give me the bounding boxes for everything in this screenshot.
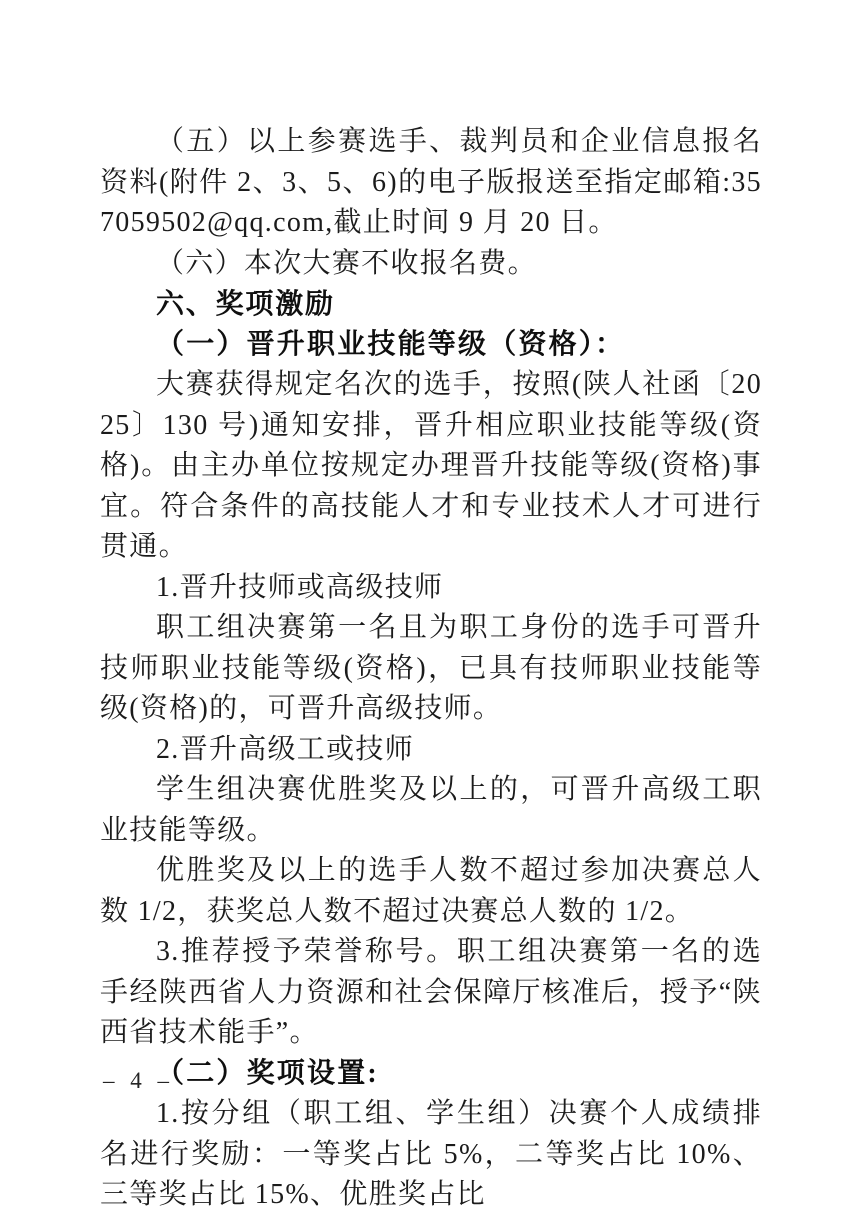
section-heading-awards: 六、奖项激励 xyxy=(100,284,762,325)
paragraph-skill-level-intro: 大赛获得规定名次的选手，按照(陕人社函〔2025〕130 号)通知安排，晋升相应… xyxy=(100,365,762,568)
paragraph-item-1-technician: 1.晋升技师或高级技师 xyxy=(100,568,762,609)
paragraph-item-6-no-fee: （六）本次大赛不收报名费。 xyxy=(100,244,762,285)
paragraph-item-3-honor-title: 3.推荐授予荣誉称号。职工组决赛第一名的选手经陕西省人力资源和社会保障厅核准后，… xyxy=(100,932,762,1054)
paragraph-award-percentages: 1.按分组（职工组、学生组）决赛个人成绩排名进行奖励：一等奖占比 5%，二等奖占… xyxy=(100,1094,762,1216)
subsection-heading-award-setup: （二）奖项设置: xyxy=(100,1054,762,1095)
document-page: （五）以上参赛选手、裁判员和企业信息报名资料(附件 2、3、5、6)的电子版报送… xyxy=(0,0,860,1216)
page-number: – 4 – xyxy=(103,1068,174,1094)
paragraph-winner-ratio: 优胜奖及以上的选手人数不超过参加决赛总人数 1/2，获奖总人数不超过决赛总人数的… xyxy=(100,851,762,932)
paragraph-technician-detail: 职工组决赛第一名且为职工身份的选手可晋升技师职业技能等级(资格)，已具有技师职业… xyxy=(100,608,762,730)
paragraph-item-5-registration: （五）以上参赛选手、裁判员和企业信息报名资料(附件 2、3、5、6)的电子版报送… xyxy=(100,122,762,244)
subsection-heading-skill-level: （一）晋升职业技能等级（资格）： xyxy=(100,325,762,366)
document-text-block: （五）以上参赛选手、裁判员和企业信息报名资料(附件 2、3、5、6)的电子版报送… xyxy=(100,122,762,1216)
paragraph-senior-worker-detail: 学生组决赛优胜奖及以上的，可晋升高级工职业技能等级。 xyxy=(100,770,762,851)
paragraph-item-2-senior-worker: 2.晋升高级工或技师 xyxy=(100,730,762,771)
